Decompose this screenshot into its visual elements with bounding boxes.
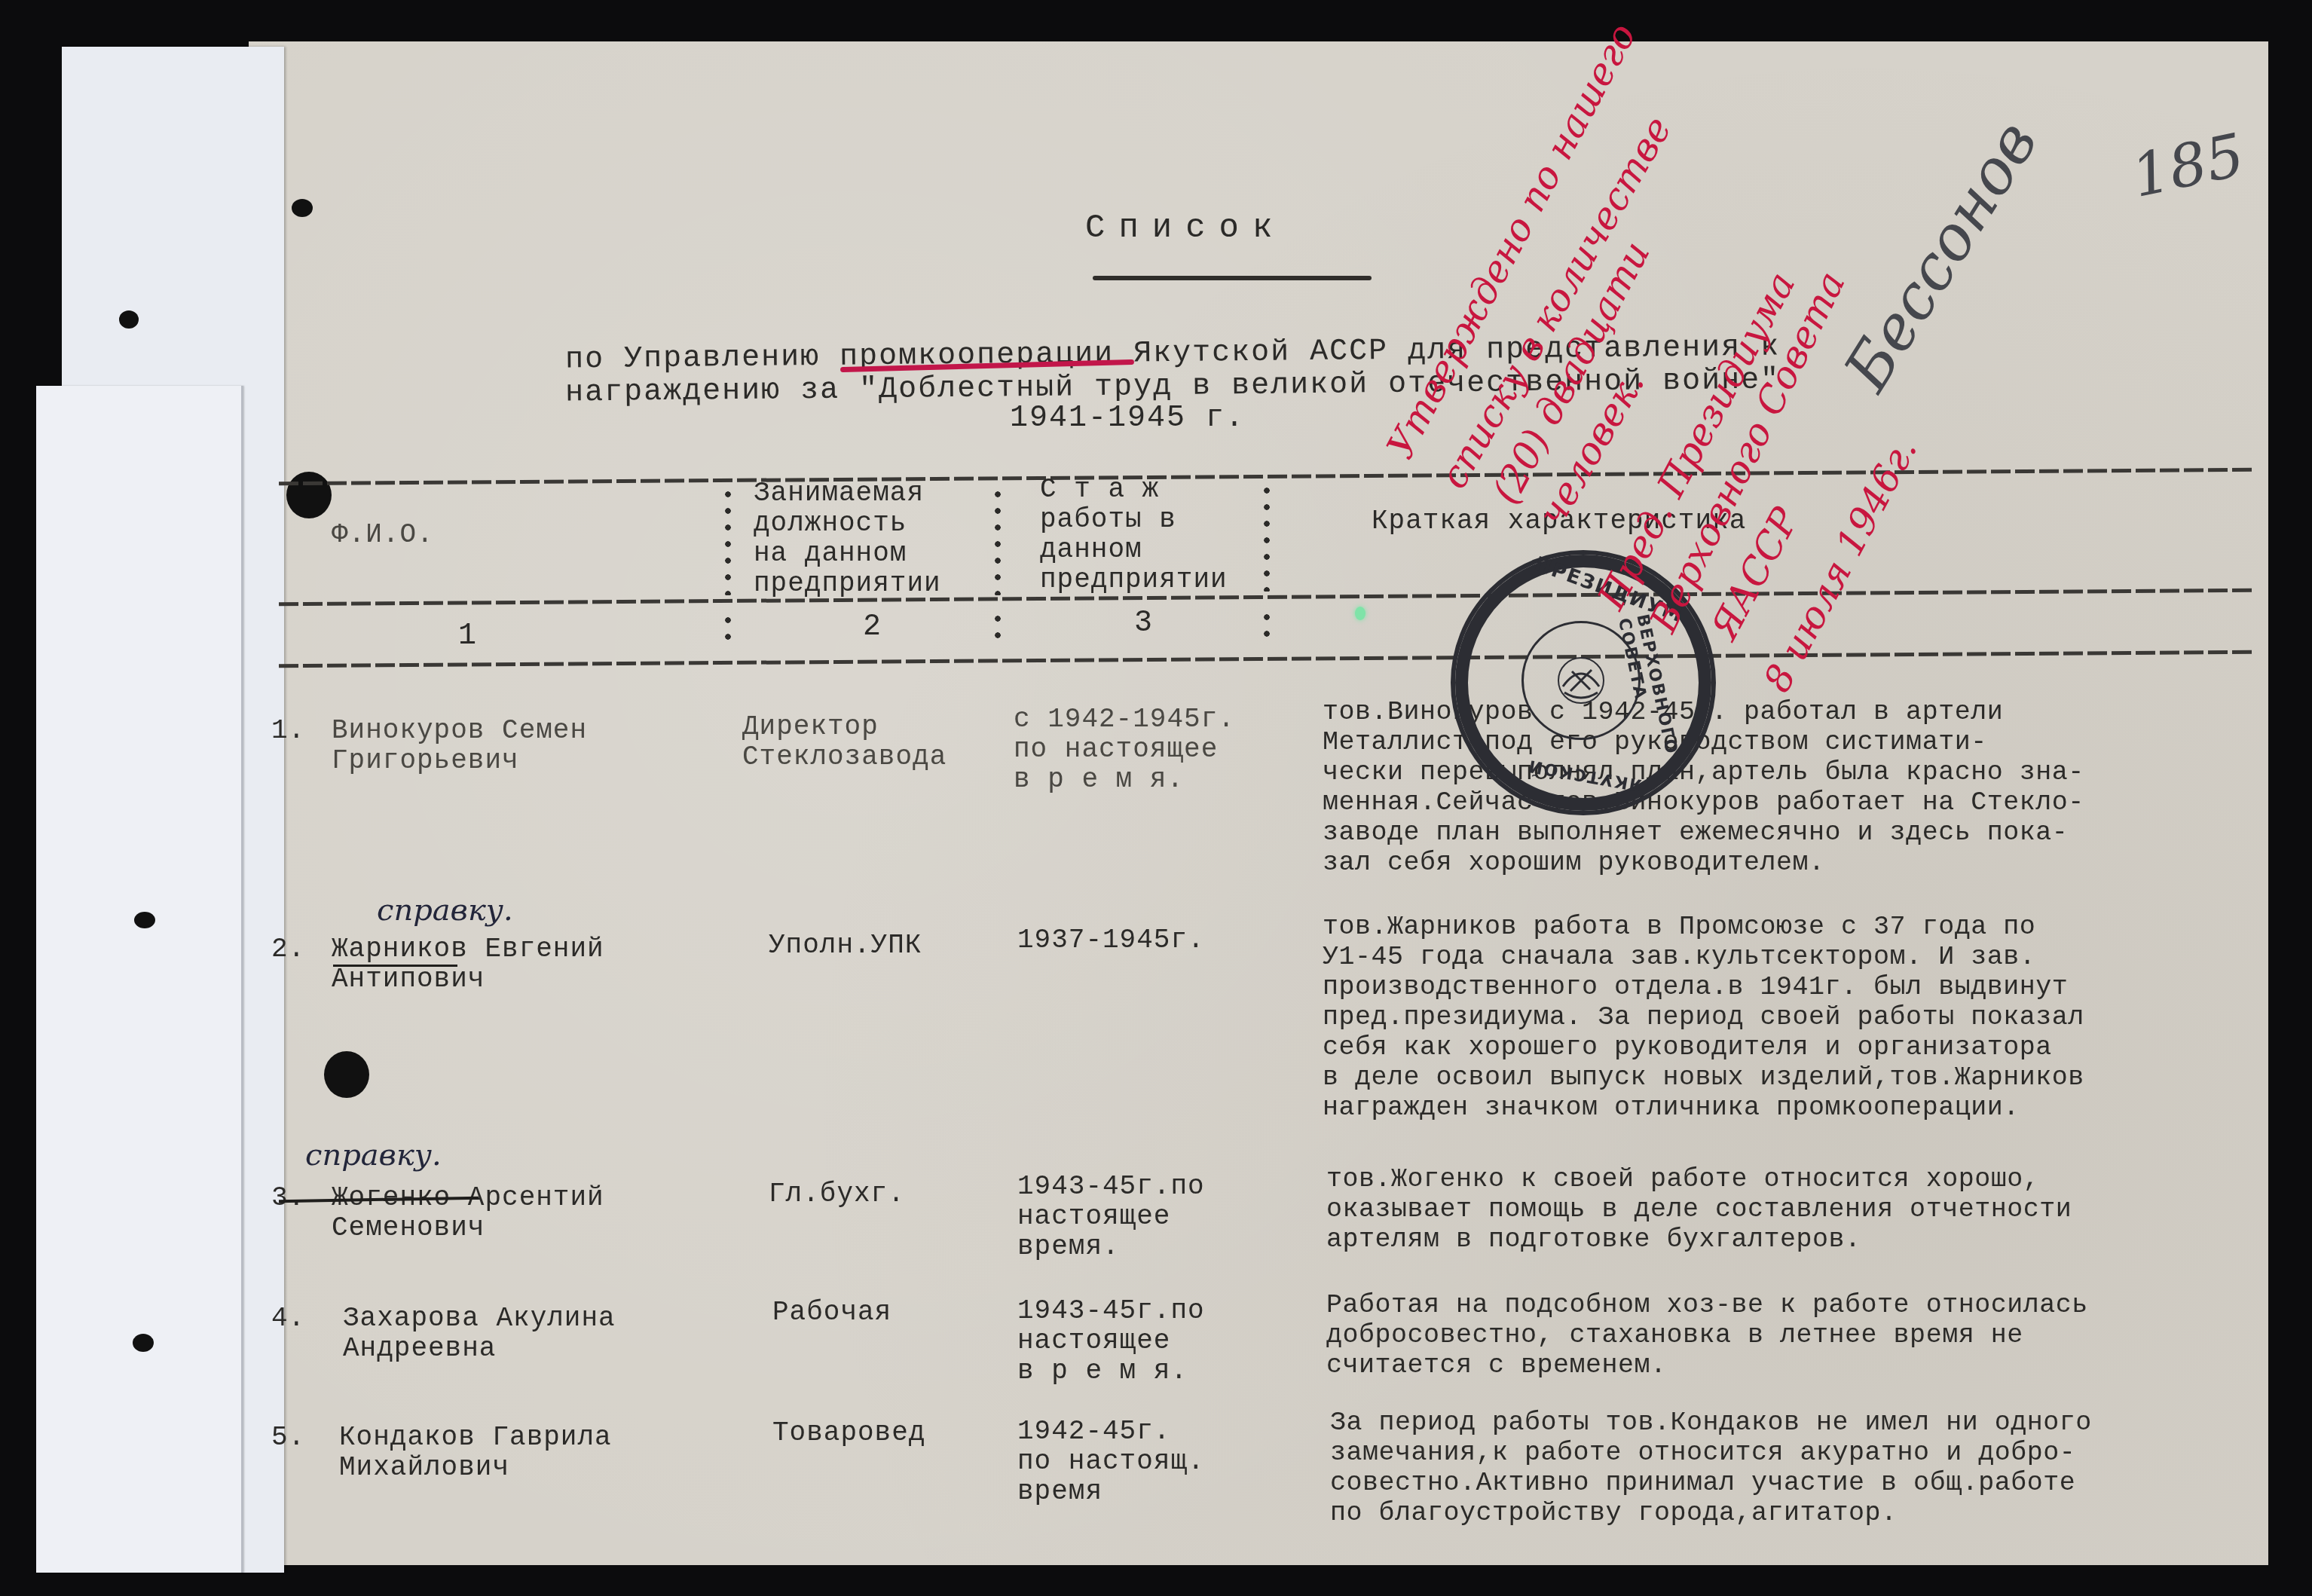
coat-of-arms-icon [1554, 653, 1608, 708]
row-5-tenure: 1942-45г. по настоящ. время [1017, 1417, 1205, 1507]
row-2-underline [333, 965, 457, 967]
row-4-number: 4. [271, 1304, 305, 1334]
header-position: Занимаемая должность на данном предприят… [754, 478, 941, 599]
binding-hole [134, 912, 155, 928]
column-number-3: 3 [1134, 607, 1152, 641]
column-separator [995, 610, 1001, 644]
row-2-position: Уполн.УПК [769, 931, 922, 961]
column-separator [1264, 482, 1270, 592]
column-separator [725, 612, 731, 645]
binding-hole [133, 1334, 154, 1352]
row-5-number: 5. [271, 1423, 305, 1453]
row-5-position: Товаровед [772, 1418, 925, 1448]
binding-hole [286, 472, 332, 518]
document-title: Список [1085, 209, 1286, 247]
row-4-description: Работая на подсобном хоз-ве к работе отн… [1326, 1290, 2088, 1380]
header-fio: Ф.И.О. [332, 520, 434, 550]
light-artifact [1355, 607, 1365, 620]
row-4-name: Захарова Акулина Андреевна [343, 1304, 616, 1364]
binding-hole [324, 1051, 369, 1098]
title-underline [1093, 276, 1372, 280]
column-number-1: 1 [458, 619, 476, 653]
column-separator [725, 486, 731, 595]
binding-hole [119, 310, 139, 329]
row-4-position: Рабочая [772, 1298, 891, 1328]
row-5-description: За период работы тов.Кондаков не имел ни… [1330, 1408, 2092, 1528]
row-3-position: Гл.бухг. [769, 1179, 905, 1209]
row-3-description: тов.Жогенко к своей работе относится хор… [1326, 1164, 2072, 1255]
row-2-number: 2. [271, 934, 305, 965]
column-separator [995, 486, 1001, 595]
subtitle-line-3: 1941-1945 г. [1010, 402, 1245, 436]
row-1-name: Винокуров Семен Григорьевич [332, 716, 587, 776]
row-1-number: 1. [271, 716, 305, 746]
row-3-tenure: 1943-45г.по настоящее время. [1017, 1172, 1205, 1262]
stamp-inner-ring [1521, 621, 1641, 740]
row-3-name: Жогенко Арсентий Семенович [332, 1183, 604, 1243]
paper-strip-inner [36, 386, 243, 1573]
row-2-description: тов.Жарников работа в Промсоюзе с 37 год… [1323, 912, 2084, 1123]
row-2-tenure: 1937-1945г. [1017, 925, 1205, 955]
column-separator [1264, 609, 1270, 642]
row-5-name: Кондаков Гаврила Михайлович [339, 1423, 612, 1483]
row-4-tenure: 1943-45г.по настоящее в р е м я. [1017, 1296, 1205, 1387]
row-1-position: Директор Стеклозавода [742, 712, 947, 772]
row-2-annotation: справку. [377, 893, 513, 928]
stamp-bottom-text: ЯКУТСКОЙ [1526, 756, 1644, 794]
row-3-annotation: справку. [305, 1138, 442, 1173]
header-tenure: С т а ж работы в данном предприятии [1040, 475, 1228, 595]
row-1-tenure: с 1942-1945г. по настоящее в р е м я. [1014, 705, 1235, 795]
row-3-number: 3. [271, 1183, 305, 1213]
column-number-2: 2 [863, 610, 881, 644]
binding-hole [292, 199, 313, 217]
